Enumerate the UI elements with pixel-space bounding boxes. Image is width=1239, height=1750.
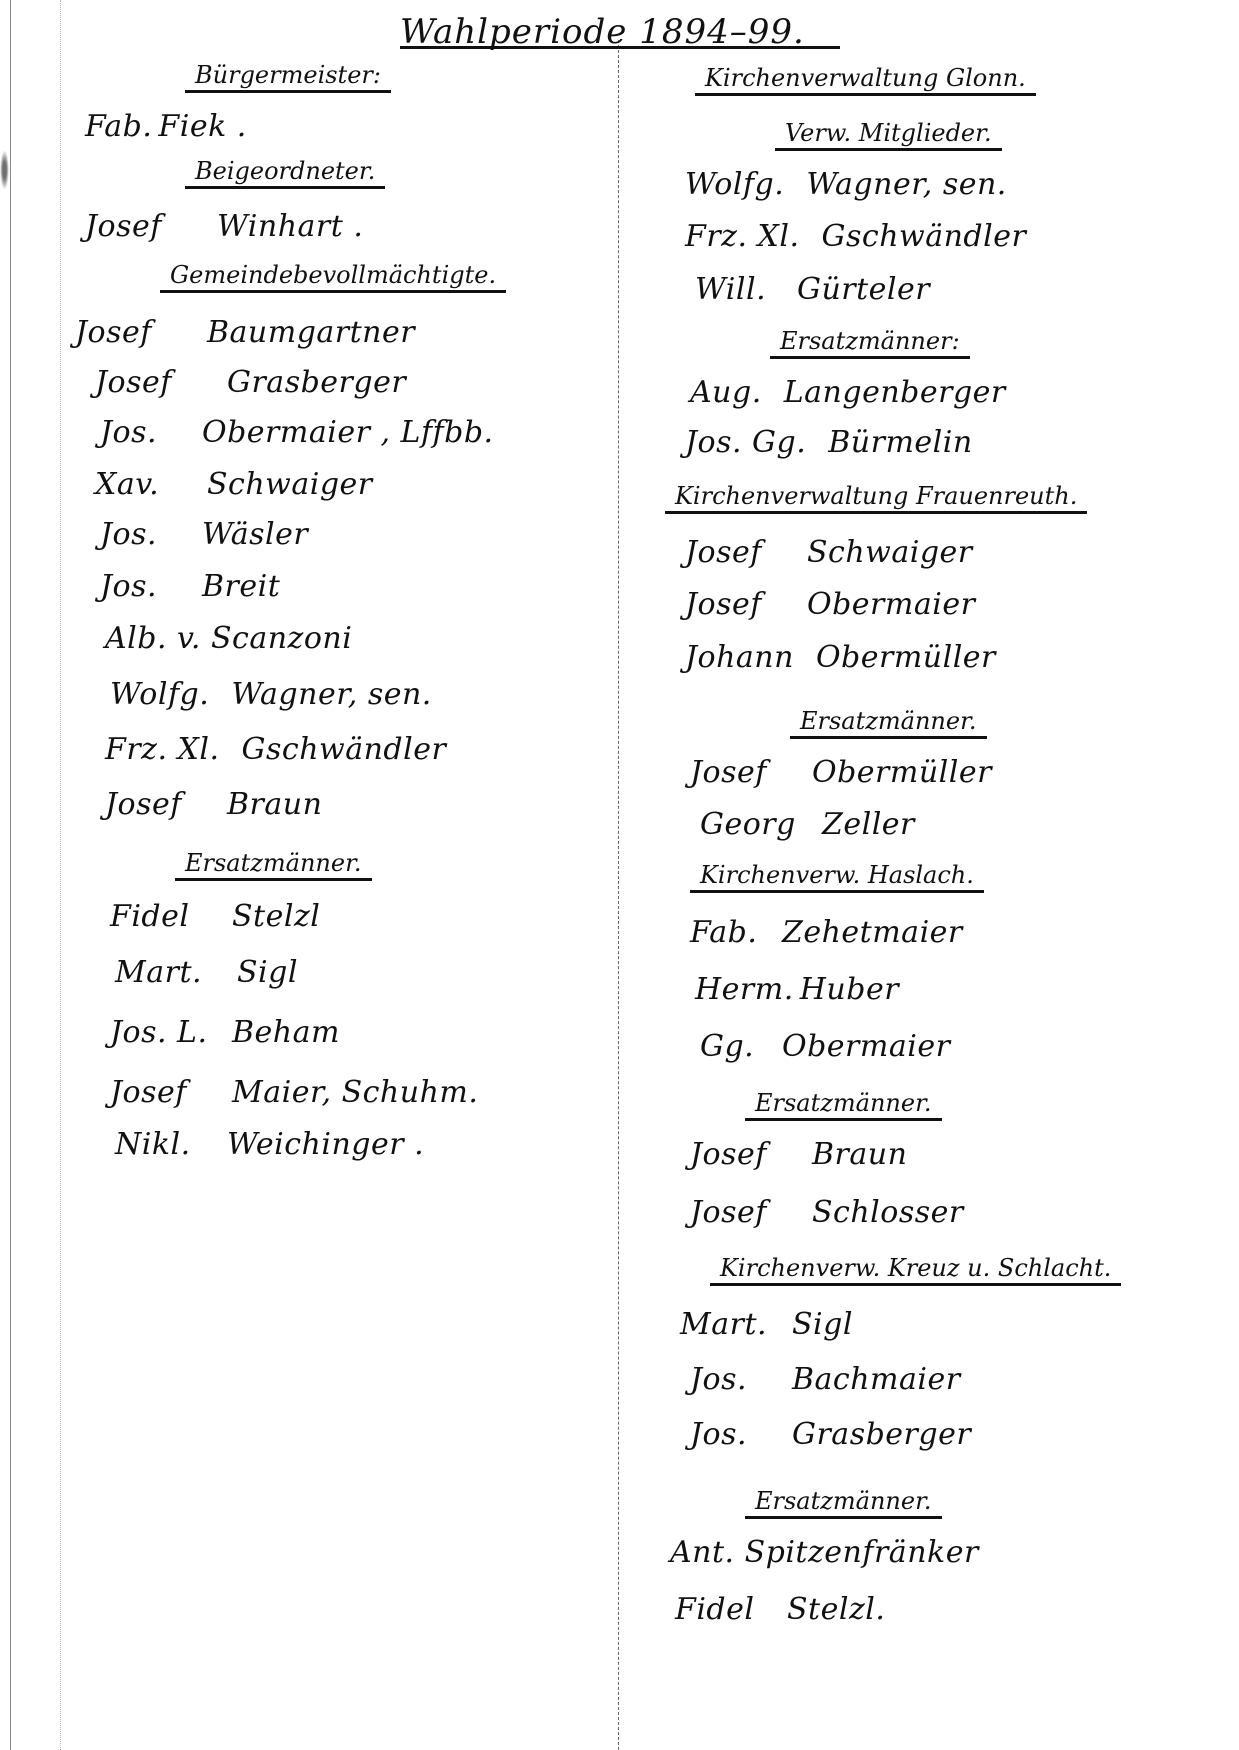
list-item: Wolfg.Wagner, sen. <box>685 170 1007 200</box>
list-item: Will.Gürteler <box>695 275 930 305</box>
title-underline <box>400 46 840 49</box>
heading-ersatzmaenner: Ersatzmänner: <box>770 328 970 359</box>
heading-kirchenverw-kreuz-schlacht: Kirchenverw. Kreuz u. Schlacht. <box>710 1255 1121 1286</box>
scan-edge-line <box>10 0 11 1750</box>
scan-edge-blot <box>0 150 9 190</box>
list-item: JohannObermüller <box>685 643 996 673</box>
list-item: Ant.Spitzenfränker <box>670 1538 979 1568</box>
list-item: JosefBraun <box>105 790 322 820</box>
list-item: Jos.Wäsler <box>100 520 308 550</box>
list-item: Xav.Schwaiger <box>95 470 373 500</box>
heading-ersatzmaenner: Ersatzmänner. <box>790 708 987 739</box>
list-item: JosefBaumgartner <box>75 318 415 348</box>
heading-ersatzmaenner: Ersatzmänner. <box>745 1090 942 1121</box>
list-item: GeorgZeller <box>700 810 915 840</box>
document-page: Wahlperiode 1894–99. Bürgermeister: Fab.… <box>0 0 1239 1750</box>
list-item: Jos.Bachmaier <box>690 1365 961 1395</box>
list-item: JosefGrasberger <box>95 368 406 398</box>
column-divider <box>618 40 619 1750</box>
heading-verw-mitglieder: Verw. Mitglieder. <box>775 120 1002 151</box>
heading-gemeindebevollmaechtigte: Gemeindebevollmächtigte. <box>160 262 506 293</box>
list-item: Nikl.Weichinger . <box>115 1130 424 1160</box>
list-item: Fab.Fiek . <box>85 112 247 142</box>
list-item: Jos.Breit <box>100 572 280 602</box>
list-item: Herm.Huber <box>695 975 899 1005</box>
list-item: JosefBraun <box>690 1140 907 1170</box>
heading-kirchenverwaltung-frauenreuth: Kirchenverwaltung Frauenreuth. <box>665 483 1087 514</box>
list-item: Alb. v.Scanzoni <box>105 624 352 654</box>
list-item: JosefMaier, Schuhm. <box>110 1078 478 1108</box>
list-item: FidelStelzl. <box>675 1595 885 1625</box>
list-item: Mart.Sigl <box>680 1310 853 1340</box>
heading-ersatzmaenner: Ersatzmänner. <box>745 1488 942 1519</box>
heading-ersatzmaenner: Ersatzmänner. <box>175 850 372 881</box>
list-item: JosefSchwaiger <box>685 538 973 568</box>
list-item: JosefSchlosser <box>690 1198 964 1228</box>
list-item: FidelStelzl <box>110 902 320 932</box>
margin-dotted-line <box>60 0 61 1750</box>
heading-kirchenverwaltung-glonn: Kirchenverwaltung Glonn. <box>695 65 1036 96</box>
list-item: Aug.Langenberger <box>690 378 1006 408</box>
list-item: Frz. Xl.Gschwändler <box>685 222 1026 252</box>
list-item: Jos.Grasberger <box>690 1420 971 1450</box>
list-item: Frz. Xl.Gschwändler <box>105 735 446 765</box>
list-item: Mart.Sigl <box>115 958 298 988</box>
list-item: JosefObermüller <box>690 758 992 788</box>
list-item: Jos. Gg.Bürmelin <box>685 428 973 458</box>
heading-beigeordneter: Beigeordneter. <box>185 158 385 189</box>
list-item: Jos.Obermaier , Lffbb. <box>100 418 494 448</box>
list-item: JosefWinhart . <box>85 212 363 242</box>
list-item: Jos. L.Beham <box>110 1018 340 1048</box>
list-item: Wolfg.Wagner, sen. <box>110 680 432 710</box>
heading-buergermeister: Bürgermeister: <box>185 62 391 93</box>
list-item: Fab.Zehetmaier <box>690 918 963 948</box>
list-item: Gg.Obermaier <box>700 1032 950 1062</box>
list-item: JosefObermaier <box>685 590 975 620</box>
heading-kirchenverw-haslach: Kirchenverw. Haslach. <box>690 862 984 893</box>
